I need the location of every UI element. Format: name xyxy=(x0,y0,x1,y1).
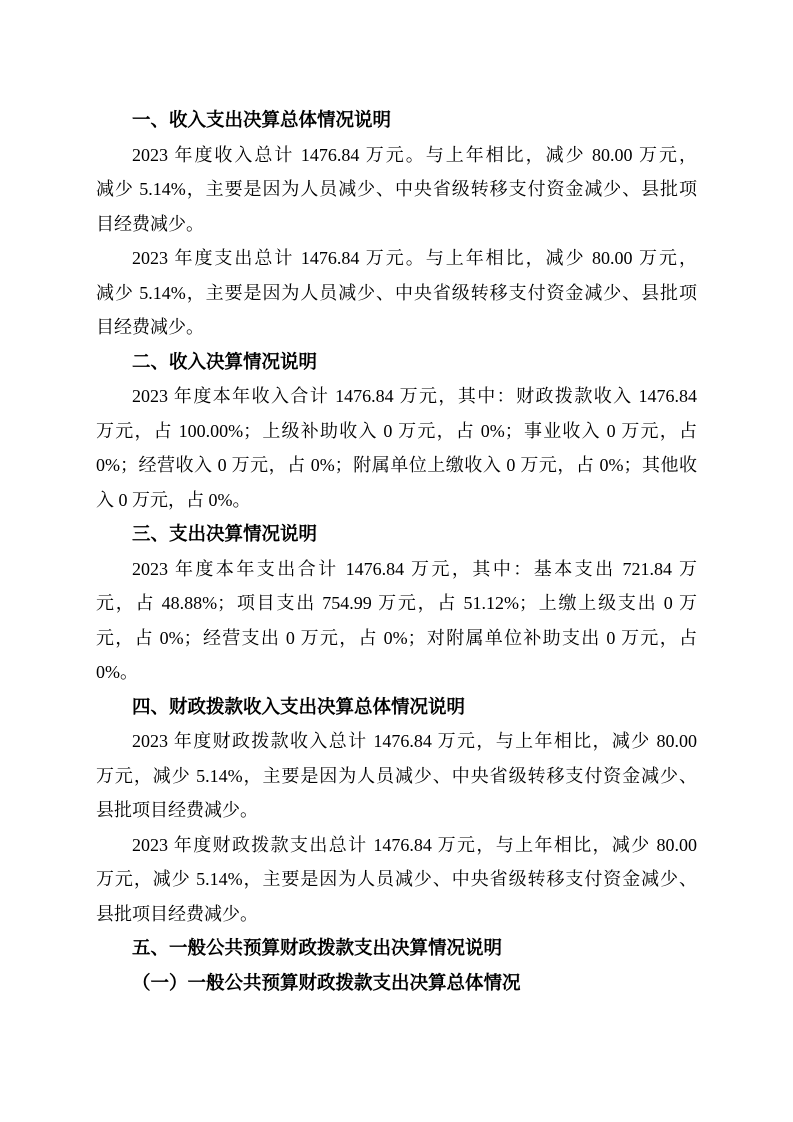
paragraph-income-total: 2023 年度收入总计 1476.84 万元。与上年相比，减少 80.00 万元… xyxy=(96,138,697,242)
text-line: 减少 5.14%，主要是因为人员减少、中央省级转移支付资金减少、县批项 xyxy=(96,276,697,311)
section-heading-4: 四、财政拨款收入支出决算总体情况说明 xyxy=(96,690,697,725)
paragraph-expense-total: 2023 年度支出总计 1476.84 万元。与上年相比，减少 80.00 万元… xyxy=(96,241,697,345)
text-line: 减少 5.14%，主要是因为人员减少、中央省级转移支付资金减少、县批项 xyxy=(96,172,697,207)
text-line: 2023 年度本年支出合计 1476.84 万元，其中：基本支出 721.84 … xyxy=(96,552,697,587)
text-line: 目经费减少。 xyxy=(96,207,697,242)
document-page: 一、收入支出决算总体情况说明 2023 年度收入总计 1476.84 万元。与上… xyxy=(0,0,793,1122)
text-line: 2023 年度本年收入合计 1476.84 万元，其中：财政拨款收入 1476.… xyxy=(96,379,697,414)
text-line: 县批项目经费减少。 xyxy=(96,793,697,828)
section-heading-1: 一、收入支出决算总体情况说明 xyxy=(96,103,697,138)
text-line: 2023 年度财政拨款支出总计 1476.84 万元，与上年相比，减少 80.0… xyxy=(96,828,697,863)
paragraph-fiscal-income: 2023 年度财政拨款收入总计 1476.84 万元，与上年相比，减少 80.0… xyxy=(96,724,697,828)
text-line: 0%；经营收入 0 万元，占 0%；附属单位上缴收入 0 万元，占 0%；其他收 xyxy=(96,448,697,483)
section-heading-5: 五、一般公共预算财政拨款支出决算情况说明 xyxy=(96,931,697,966)
text-line: 万元，占 100.00%；上级补助收入 0 万元，占 0%；事业收入 0 万元，… xyxy=(96,414,697,449)
section-heading-2: 二、收入决算情况说明 xyxy=(96,345,697,380)
text-line: 2023 年度财政拨款收入总计 1476.84 万元，与上年相比，减少 80.0… xyxy=(96,724,697,759)
paragraph-income-detail: 2023 年度本年收入合计 1476.84 万元，其中：财政拨款收入 1476.… xyxy=(96,379,697,517)
subsection-heading-5-1: （一）一般公共预算财政拨款支出决算总体情况 xyxy=(96,966,697,1001)
text-line: 0%。 xyxy=(96,655,697,690)
text-line: 万元，减少 5.14%，主要是因为人员减少、中央省级转移支付资金减少、 xyxy=(96,759,697,794)
text-line: 目经费减少。 xyxy=(96,310,697,345)
text-line: 2023 年度收入总计 1476.84 万元。与上年相比，减少 80.00 万元… xyxy=(96,138,697,173)
text-line: 元，占 0%；经营支出 0 万元，占 0%；对附属单位补助支出 0 万元，占 xyxy=(96,621,697,656)
paragraph-expense-detail: 2023 年度本年支出合计 1476.84 万元，其中：基本支出 721.84 … xyxy=(96,552,697,690)
text-line: 2023 年度支出总计 1476.84 万元。与上年相比，减少 80.00 万元… xyxy=(96,241,697,276)
text-line: 万元，减少 5.14%，主要是因为人员减少、中央省级转移支付资金减少、 xyxy=(96,862,697,897)
paragraph-fiscal-expense: 2023 年度财政拨款支出总计 1476.84 万元，与上年相比，减少 80.0… xyxy=(96,828,697,932)
text-line: 县批项目经费减少。 xyxy=(96,897,697,932)
text-line: 入 0 万元，占 0%。 xyxy=(96,483,697,518)
text-line: 元，占 48.88%；项目支出 754.99 万元，占 51.12%；上缴上级支… xyxy=(96,586,697,621)
section-heading-3: 三、支出决算情况说明 xyxy=(96,517,697,552)
